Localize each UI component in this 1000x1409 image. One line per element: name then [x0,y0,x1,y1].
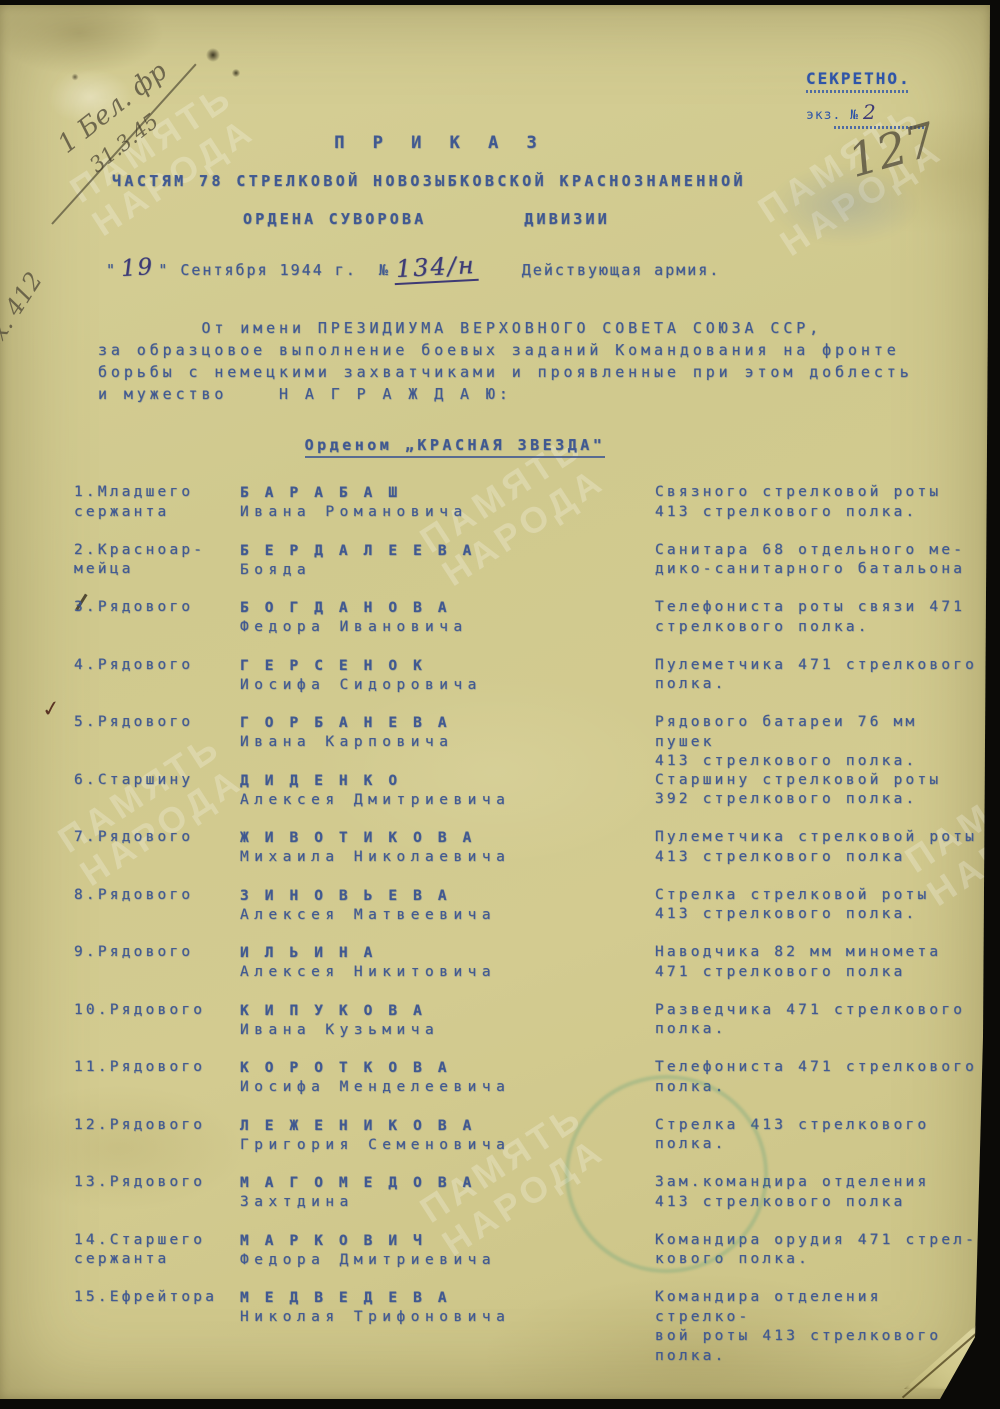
name-cell: ИЛЬИНААлексея Никитовича [240,943,655,1001]
document-page: ПАМЯТЬ НАРОДА ПАМЯТЬ НАРОДА ПАМЯТЬ НАРОД… [0,5,990,1399]
award-entry: 5.Рядового ГОРБАНЕВАИвана Карповича Рядо… [74,713,980,771]
surname: МЕДВЕДЕВА [240,1288,655,1308]
award-entry: 7.Рядового ЖИВОТИКОВАМихаила Николаевича… [74,828,980,886]
award-entry: 12.Рядового ЛЕЖЕНИКОВАГригория Семенович… [74,1116,980,1174]
stamp-underline [806,90,908,93]
rank-cell: 5.Рядового [74,713,240,772]
award-entry: 2.Красноар- мейца БЕРДАЛЕЕВАБояда Санита… [74,541,980,599]
given-name: Алексея Никитовича [240,963,655,982]
given-name: Алексея Матвеевича [240,906,655,925]
award-heading: Орденом „КРАСНАЯ ЗВЕЗДА" [0,435,910,454]
award-entry: 13.Рядового МАГОМЕДОВАЗахтдина Зам.коман… [74,1173,980,1231]
desc-cell: Телефониста роты связи 471 стрелкового п… [655,598,980,656]
given-name: Бояда [240,561,655,580]
name-cell: КИПУКОВАИвана Кузьмича [240,1001,655,1059]
award-entry: 14.Старшего сержанта МАРКОВИЧФедора Дмит… [74,1231,980,1289]
rank-cell: 2.Красноар- мейца [74,541,240,599]
secret-stamp: СЕКРЕТНО. [806,69,911,93]
copy-number-value: 2 [863,100,877,124]
name-cell: БОГДАНОВАФедора Ивановича [240,598,655,656]
handwritten-order-number: 134/н [393,251,478,285]
award-entry: 8.Рядового ЗИНОВЬЕВААлексея Матвеевича С… [74,886,980,944]
ink-ghost-smudge [770,165,920,245]
rank-cell: 6.Старшину [74,771,240,829]
rank-cell: 9.Рядового [74,943,240,1001]
surname: ГОРБАНЕВА [240,713,655,733]
desc-cell: Командира отделения стрелко- вой роты 41… [655,1288,980,1366]
given-name: Николая Трифоновича [240,1308,655,1327]
date-text: " Сентября 1944 г. № [158,261,390,279]
given-name: Михаила Николаевича [240,848,655,867]
desc-cell: Стрелка стрелковой роты 413 стрелкового … [655,886,980,944]
given-name: Федора Ивановича [240,618,655,637]
surname: КИПУКОВА [240,1001,655,1021]
rank-cell: 13.Рядового [74,1173,240,1231]
desc-cell: Наводчика 82 мм миномета 471 стрелкового… [655,943,980,1001]
award-entry: 10.Рядового КИПУКОВАИвана Кузьмича Разве… [74,1001,980,1059]
surname: БОГДАНОВА [240,598,655,618]
name-cell: ГЕРСЕНОКИосифа Сидоровича [240,656,655,714]
order-title: П Р И К А З [0,133,880,153]
award-entry: 6.Старшину ДИДЕНКОАлексея Дмитриевича Ст… [74,771,980,829]
rank-cell: 4.Рядового [74,656,240,714]
surname: КОРОТКОВА [240,1058,655,1078]
award-entry: 11.Рядового КОРОТКОВАИосифа Менделеевича… [74,1058,980,1116]
rank-cell: 14.Старшего сержанта [74,1231,240,1289]
desc-cell: Старшину стрелковой роты 392 стрелкового… [655,771,980,829]
surname: ЖИВОТИКОВА [240,828,655,848]
desc-cell: Пулеметчика 471 стрелкового полка. [655,656,980,714]
surname: БЕРДАЛЕЕВА [240,541,655,561]
secret-stamp-text: СЕКРЕТНО. [806,69,911,88]
surname: ГЕРСЕНОК [240,656,655,676]
award-entry: 15.Ефрейтора МЕДВЕДЕВАНиколая Трифонович… [74,1288,980,1346]
given-name: Ивана Романовича [240,503,655,522]
name-cell: ДИДЕНКОАлексея Дмитриевича [240,771,655,829]
rank-cell: 7.Рядового [74,828,240,886]
surname: ЗИНОВЬЕВА [240,886,655,906]
pen-checkmark: ✓ [40,696,62,723]
pencil-left-margin-note: вх. 412 [0,267,48,357]
preamble-text: От имени ПРЕЗИДИУМА ВЕРХОВНОГО СОВЕТА СО… [98,317,948,405]
given-name: Ивана Кузьмича [240,1021,655,1040]
faint-round-stamp [565,1075,768,1273]
surname: ДИДЕНКО [240,771,655,791]
date-line: " 19 " Сентября 1944 г. № 134/н Действую… [106,253,720,283]
unit-line-1: ЧАСТЯМ 78 СТРЕЛКОВОЙ НОВОЗЫБКОВСКОЙ КРАС… [112,172,746,190]
desc-cell: Связного стрелковой роты 413 стрелкового… [655,483,980,541]
rank-cell: 15.Ефрейтора [74,1288,240,1366]
army-note: Действующая армия. [478,261,721,279]
copy-number-label: экз. № [806,108,859,123]
quote-mark: " [106,261,117,279]
name-cell: МЕДВЕДЕВАНиколая Трифоновича [240,1288,655,1366]
name-cell: БАРАБАШИвана Романовича [240,483,655,541]
name-cell: ЗИНОВЬЕВААлексея Матвеевича [240,886,655,944]
award-heading-text: Орденом „КРАСНАЯ ЗВЕЗДА" [305,436,606,458]
award-entry: 4.Рядового ГЕРСЕНОКИосифа Сидоровича Пул… [74,656,980,714]
unit-line-2: ОРДЕНА СУВОРОВА ДИВИЗИИ [243,210,610,228]
rank-cell: 11.Рядового [74,1058,240,1116]
award-entry: 1.Младшего сержанта БАРАБАШИвана Романов… [74,483,980,541]
rank-cell: 3.Рядового [74,598,240,656]
given-name: Иосифа Менделеевича [240,1078,655,1097]
given-name: Ивана Карповича [240,733,655,752]
name-cell: БЕРДАЛЕЕВАБояда [240,541,655,599]
desc-cell: Разведчика 471 стрелкового полка. [655,1001,980,1059]
rank-cell: 12.Рядового [74,1116,240,1174]
handwritten-day: 19 [120,254,155,282]
given-name: Алексея Дмитриевича [240,791,655,810]
desc-cell: Пулеметчика стрелковой роты 413 стрелков… [655,828,980,886]
award-entry: 3.Рядового БОГДАНОВАФедора Ивановича Тел… [74,598,980,656]
award-entry: 9.Рядового ИЛЬИНААлексея Никитовича Наво… [74,943,980,1001]
desc-cell: Санитара 68 отдельного ме- дико-санитарн… [655,541,980,599]
rank-cell: 8.Рядового [74,886,240,944]
awardee-list: 1.Младшего сержанта БАРАБАШИвана Романов… [74,483,980,1346]
desc-cell: Рядового батареи 76 мм пушек 413 стрелко… [655,713,980,772]
name-cell: ГОРБАНЕВАИвана Карповича [240,713,655,772]
surname: ИЛЬИНА [240,943,655,963]
given-name: Иосифа Сидоровича [240,676,655,695]
name-cell: ЖИВОТИКОВАМихаила Николаевича [240,828,655,886]
surname: БАРАБАШ [240,483,655,503]
given-name: Федора Дмитриевича [240,1251,655,1270]
rank-cell: 10.Рядового [74,1001,240,1059]
rank-cell: 1.Младшего сержанта [74,483,240,541]
